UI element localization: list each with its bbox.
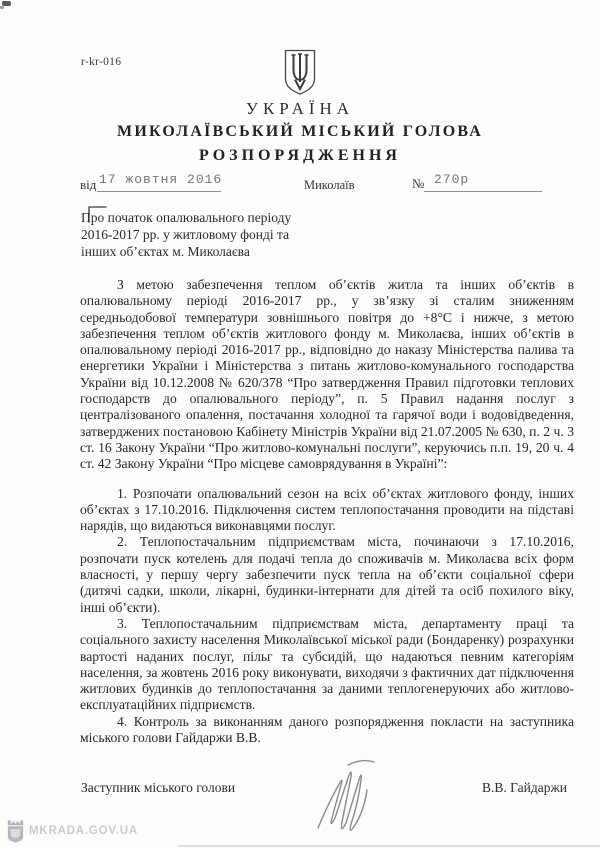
- closing-row: Заступник міського голови В.В. Гайдаржи: [81, 780, 567, 796]
- ukraine-trident-emblem-icon: [284, 49, 316, 96]
- subject-text: Про початок опалювального періоду 2016-2…: [81, 209, 353, 260]
- document-form-code: r-kr-016: [81, 56, 121, 68]
- date-label: від: [80, 177, 96, 193]
- watermark: MKRADA.GOV.UA: [5, 818, 138, 844]
- date-value: 17 жовтня 2016: [97, 172, 221, 192]
- country-title: УКРАЇНА: [0, 99, 600, 119]
- body-paragraph-intro: З метою забезпечення теплом об’єктів жит…: [80, 277, 574, 473]
- scan-artifact-speck: [2, 1, 11, 6]
- scanned-document-page: r-kr-016 УКРАЇНА МИКОЛАЇВСЬКИЙ МІСЬКИЙ Г…: [0, 0, 600, 849]
- handwritten-signature-icon: [312, 756, 394, 844]
- closing-position: Заступник міського голови: [81, 780, 235, 796]
- body-paragraph-item-1: 1. Розпочати опалювальний сезон на всіх …: [80, 486, 574, 535]
- authority-title: МИКОЛАЇВСЬКИЙ МІСЬКИЙ ГОЛОВА: [0, 123, 600, 141]
- scan-artifact-speck: [0, 6, 4, 9]
- body-paragraph-item-4: 4. Контроль за виконанням даного розпоря…: [80, 714, 574, 747]
- scan-edge-line: [178, 845, 600, 847]
- city-crest-icon: [5, 818, 26, 844]
- watermark-text: MKRADA.GOV.UA: [29, 825, 138, 837]
- number-label: №: [412, 176, 424, 192]
- body-paragraph-item-2: 2. Теплопостачальним підприємствам міста…: [80, 534, 574, 615]
- document-body: З метою забезпечення теплом об’єктів жит…: [80, 277, 574, 746]
- pen-check-mark-icon: [86, 204, 110, 224]
- closing-name: В.В. Гайдаржи: [482, 780, 567, 796]
- body-paragraph-item-3: 3. Теплопостачальним підприємствам міста…: [80, 616, 574, 714]
- city-label: Миколаїв: [304, 178, 355, 193]
- number-value: 270р: [424, 172, 542, 192]
- document-type-title: РОЗПОРЯДЖЕННЯ: [0, 147, 600, 165]
